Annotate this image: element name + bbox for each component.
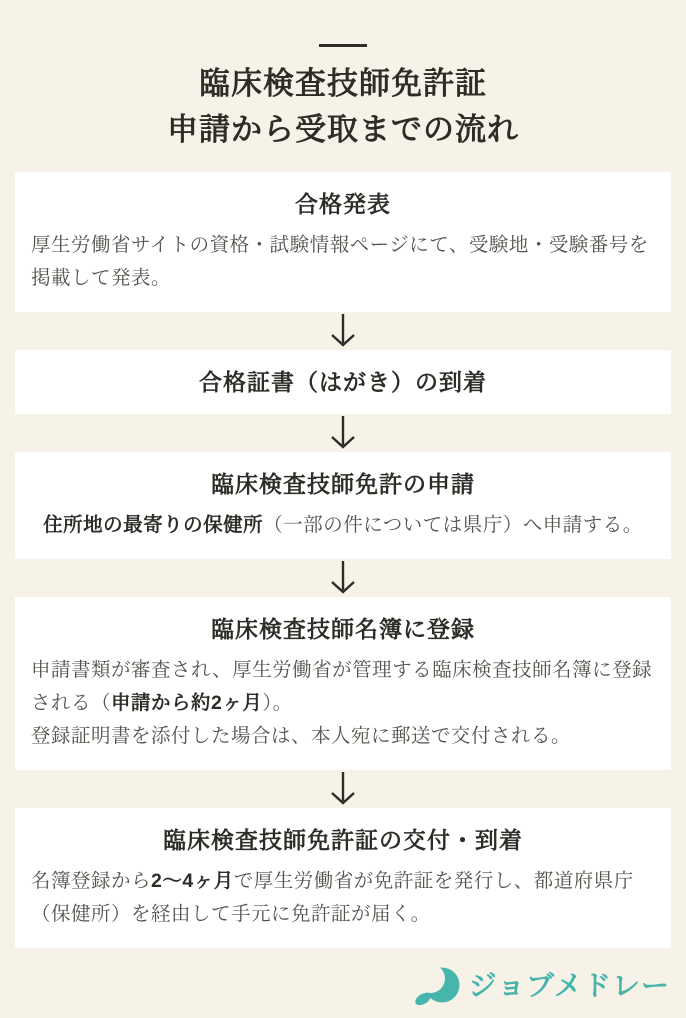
page-background: { "page": { "background_color": "#f7f2e8… (0, 0, 686, 1018)
step-paragraph: 厚生労働省サイトの資格・試験情報ページにて、受験地・受験番号を掲載して発表。 (31, 229, 655, 295)
body-text: 登録証明書を添付した場合は、本人宛に郵送で交付される。 (31, 725, 571, 747)
flow-arrow (15, 770, 671, 808)
flow-arrow (15, 414, 671, 452)
step-paragraph: 申請書類が審査され、厚生労働省が管理する臨床検査技師名簿に登録される（申請から約… (31, 654, 655, 720)
step-card: 臨床検査技師名簿に登録 申請書類が審査され、厚生労働省が管理する臨床検査技師名簿… (15, 597, 671, 770)
body-text-bold: 2〜4ヶ月 (151, 870, 234, 892)
flow-arrow (15, 312, 671, 350)
step-body: 住所地の最寄りの保健所（一部の件については県庁）へ申請する。 (31, 509, 655, 542)
step-card: 合格発表 厚生労働省サイトの資格・試験情報ページにて、受験地・受験番号を掲載して… (15, 172, 671, 312)
title-line-2: 申請から受取までの流れ (167, 112, 519, 147)
step-card: 臨床検査技師免許の申請 住所地の最寄りの保健所（一部の件については県庁）へ申請す… (15, 452, 671, 559)
step-heading: 合格発表 (31, 189, 655, 219)
logo-crescent-icon (414, 962, 460, 1009)
step-heading: 合格証書（はがき）の到着 (31, 367, 655, 397)
body-text-bold: 住所地の最寄りの保健所 (43, 514, 263, 536)
divider-bar (319, 44, 367, 47)
title-line-1: 臨床検査技師免許証 (199, 66, 487, 101)
down-arrow-icon (329, 314, 357, 348)
down-arrow-icon (329, 772, 357, 806)
step-paragraph: 住所地の最寄りの保健所（一部の件については県庁）へ申請する。 (31, 509, 655, 542)
step-body: 申請書類が審査され、厚生労働省が管理する臨床検査技師名簿に登録される（申請から約… (31, 654, 655, 753)
step-heading: 臨床検査技師名簿に登録 (31, 614, 655, 644)
step-body: 厚生労働省サイトの資格・試験情報ページにて、受験地・受験番号を掲載して発表。 (31, 229, 655, 295)
step-paragraph: 登録証明書を添付した場合は、本人宛に郵送で交付される。 (31, 720, 655, 753)
body-text: （一部の件については県庁）へ申請する。 (263, 514, 643, 536)
step-paragraph: 名簿登録から2〜4ヶ月で厚生労働省が免許証を発行し、都道府県庁（保健所）を経由し… (31, 865, 655, 931)
step-body: 名簿登録から2〜4ヶ月で厚生労働省が免許証を発行し、都道府県庁（保健所）を経由し… (31, 865, 655, 931)
page-title: 臨床検査技師免許証 申請から受取までの流れ (0, 61, 686, 153)
body-text: 厚生労働省サイトの資格・試験情報ページにて、受験地・受験番号を掲載して発表。 (31, 234, 649, 289)
down-arrow-icon (329, 416, 357, 450)
step-card: 合格証書（はがき）の到着 (15, 350, 671, 414)
logo-text: ジョブメドレー (469, 963, 670, 1009)
step-heading: 臨床検査技師免許の申請 (31, 469, 655, 499)
body-text: ）。 (262, 692, 292, 714)
step-card: 臨床検査技師免許証の交付・到着 名簿登録から2〜4ヶ月で厚生労働省が免許証を発行… (15, 808, 671, 948)
body-text: 名簿登録から (31, 870, 151, 892)
body-text-bold: 申請から約2ヶ月 (111, 692, 262, 714)
down-arrow-icon (329, 561, 357, 595)
step-heading: 臨床検査技師免許証の交付・到着 (31, 825, 655, 855)
footer: ジョブメドレー (0, 962, 686, 1009)
flow-arrow (15, 559, 671, 597)
flow-steps: 合格発表 厚生労働省サイトの資格・試験情報ページにて、受験地・受験番号を掲載して… (0, 172, 686, 948)
